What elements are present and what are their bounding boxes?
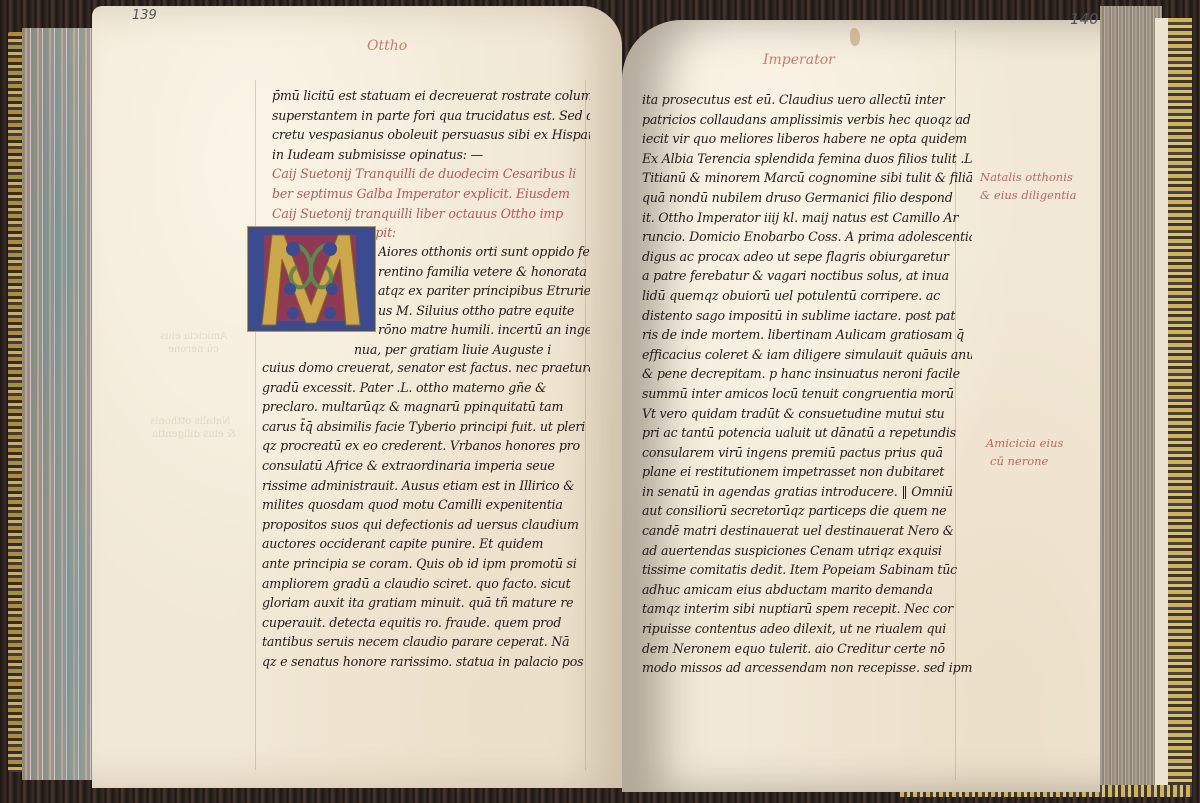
page-edges-right — [1100, 6, 1162, 790]
text-line: ampliorem gradū a claudio sciret. quo fa… — [262, 574, 590, 594]
gilt-binding-right — [1168, 18, 1192, 796]
running-head-right: Imperator — [763, 52, 835, 68]
text-line: it. Ottho Imperator iiij kl. maij natus … — [642, 208, 972, 228]
text-line: adhuc amicam eius abductam marito demand… — [642, 580, 972, 600]
ghost-marginalia: Amicicia eius — [160, 330, 227, 343]
text-line: Aiores otthonis orti sunt oppido fe — [378, 242, 590, 262]
rubric-line: Caij Suetonij tranquilli liber octauus O… — [272, 204, 590, 224]
text-line: milites quosdam quod motu Camilli expeni… — [262, 495, 590, 515]
text-line: modo missos ad arcessendam non recepisse… — [642, 658, 972, 678]
text-line: lidū quemqz obuiorū uel potulentū corrip… — [642, 286, 972, 306]
text-line: pri ac tantū potencia ualuit ut dānatū a… — [642, 423, 972, 443]
text-line: consulatū Africe & extraordinaria imperi… — [262, 456, 590, 476]
text-line: superstantem in parte fori qua trucidatu… — [272, 106, 590, 126]
text-line: efficacius coleret & iam diligere simula… — [642, 345, 972, 365]
text-line: in senatū in agendas gratias introducere… — [642, 482, 972, 502]
text-line: preclaro. multarūqz & magnarū ppinquitat… — [262, 397, 590, 417]
ink-stain — [850, 28, 860, 46]
text-line: in Iudeam submisisse opinatus: — — [272, 145, 590, 165]
text-line: cretu vespasianus oboleuit persuasus sib… — [272, 125, 590, 145]
rubric-line: ber septimus Galba Imperator explicit. E… — [272, 184, 590, 204]
text-line: ante principia se coram. Quis ob id ipm … — [262, 554, 590, 574]
text-line: consularem virū ingens premiū pactus pri… — [642, 443, 972, 463]
text-line: rōno matre humili. incertū an inge — [378, 320, 590, 340]
text-line: iecit vir quo meliores liberos habere ne… — [642, 129, 972, 149]
marginal-line: Amicicia eius — [986, 434, 1063, 452]
text-line: Titianū & minorem Marcū cognomine sibi t… — [642, 168, 972, 188]
ghost-marginalia: Natalis otthonis — [150, 415, 231, 428]
text-line: patricios collaudans amplissimis verbis … — [642, 110, 972, 130]
text-line: cuperauit. detecta equitis ro. fraude. q… — [262, 613, 590, 633]
text-line: dem Neronem equo tulerit. aio Creditur c… — [642, 639, 972, 659]
text-line: us M. Siluius ottho patre equite — [378, 301, 590, 321]
text-line: digus ac procax adeo ut sepe flagris obi… — [642, 247, 972, 267]
initial-letter-m-icon: M — [248, 227, 375, 331]
illuminated-initial: M — [247, 226, 376, 332]
text-line: tamqz interim sibi nuptiarū spem recepit… — [642, 599, 972, 619]
text-line: gloriam auxit ita gratiam minuit. quā tñ… — [262, 593, 590, 613]
text-line: Vt vero quidam tradūt & consuetudine mut… — [642, 404, 972, 424]
text-line: ris de inde mortem. libertinam Aulicam g… — [642, 325, 972, 345]
ruling-line — [255, 80, 256, 770]
text-line: ripuisse contentus adeo dilexit, ut ne r… — [642, 619, 972, 639]
ghost-marginalia: cū nerone — [168, 343, 219, 356]
text-line: & pene decrepitam. p hanc insinuatus ner… — [642, 364, 972, 384]
text-line: aut consiliorū secretorūqz particeps die… — [642, 501, 972, 521]
text-line: rissime administrauit. Ausus etiam est i… — [262, 476, 590, 496]
left-text-top: p̄mū licitū est statuam ei decreuerat ro… — [272, 86, 590, 243]
text-line: nua, per gratiam liuie Auguste i — [354, 340, 590, 360]
text-line: ad auertendas suspiciones Cenam utriqz e… — [642, 541, 972, 561]
marginal-line: cū nerone — [990, 452, 1063, 470]
left-text-beside-initial: Aiores otthonis orti sunt oppido fe rent… — [378, 242, 590, 360]
text-line: ita prosecutus est eū. Claudius uero all… — [642, 90, 972, 110]
marginal-note-natalis: Natalis otthonis & eius diligentia — [980, 168, 1076, 204]
text-line: cuius domo creuerat, senator est factus.… — [262, 358, 590, 378]
text-line: tantibus seruis necem claudio parare cep… — [262, 632, 590, 652]
text-line: tissime comitatis dedit. Item Popeiam Sa… — [642, 560, 972, 580]
text-line: rentino familia vetere & honorata — [378, 262, 590, 282]
marginal-note-amicicia: Amicicia eius cū nerone — [986, 434, 1063, 470]
endpaper-right — [1155, 18, 1169, 788]
text-line: distento sago impositū in sublime iactar… — [642, 306, 972, 326]
text-line: qz procreatū ex eo crederent. Vrbanos ho… — [262, 436, 590, 456]
text-line: qz e senatus honore rarissimo. statua in… — [262, 652, 590, 672]
text-line: carus t̄q̄ absimilis facie Tyberio princ… — [262, 417, 590, 437]
text-line: atqz ex pariter principibus Etrurie. Au — [378, 281, 590, 301]
text-line: propositos suos qui defectionis ad uersu… — [262, 515, 590, 535]
text-line: p̄mū licitū est statuam ei decreuerat ro… — [272, 86, 590, 106]
marginal-line: & eius diligentia — [980, 186, 1076, 204]
ghost-marginalia: & eius diligentia — [152, 428, 236, 441]
marginal-line: Natalis otthonis — [980, 168, 1076, 186]
right-text-body: ita prosecutus est eū. Claudius uero all… — [642, 90, 972, 678]
text-line: runcio. Domicio Enobarbo Coss. A prima a… — [642, 227, 972, 247]
text-line: candē matri destinauerat uel destinauera… — [642, 521, 972, 541]
left-text-body: cuius domo creuerat, senator est factus.… — [262, 358, 590, 672]
text-line: Ex Albia Terencia splendida femina duos … — [642, 149, 972, 169]
text-line: plane ei restitutionem impetrasset non d… — [642, 462, 972, 482]
pencil-mark: 139 — [132, 8, 157, 23]
text-line: auctores occiderant capite punire. Et qu… — [262, 534, 590, 554]
running-head-left: Ottho — [367, 38, 407, 54]
svg-text:M: M — [310, 329, 311, 331]
text-line: quā nondū nubilem druso Germanici filio … — [642, 188, 972, 208]
text-line: summū inter amicos locū tenuit congruent… — [642, 384, 972, 404]
rubric-line: Caij Suetonij Tranquilli de duodecim Ces… — [272, 164, 590, 184]
text-line: gradū excessit. Pater .L. ottho materno … — [262, 378, 590, 398]
folio-number: 140 — [1070, 10, 1099, 28]
text-line: a patre ferebatur & vagari noctibus solu… — [642, 266, 972, 286]
